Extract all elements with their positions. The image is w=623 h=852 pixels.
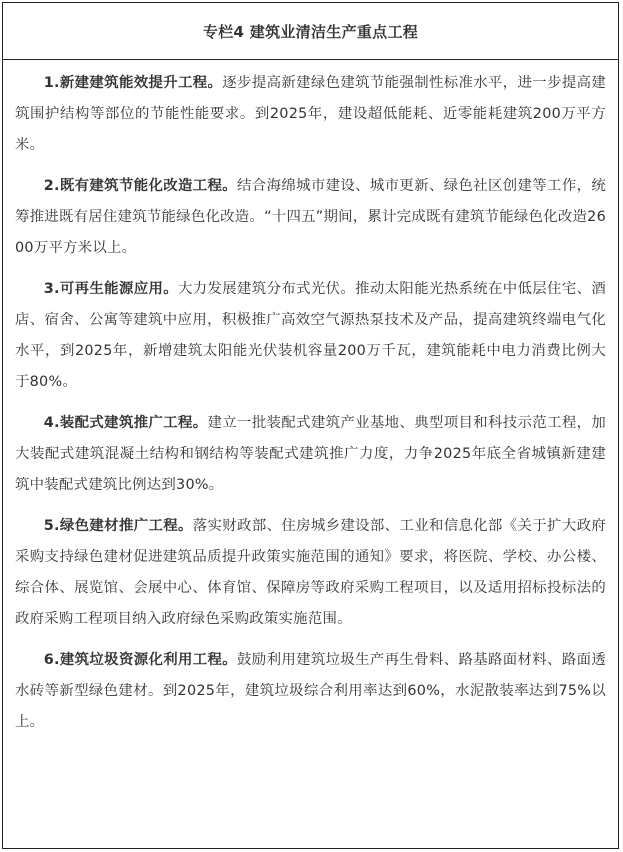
item-renewable-energy: 3.可再生能源应用。大力发展建筑分布式光伏。推动太阳能光热系统在中低层住宅、酒店… [15,274,606,398]
item-heading: 2.既有建筑节能化改造工程。 [44,178,237,194]
table-header: 专栏4 建筑业清洁生产重点工程 [3,3,618,60]
item-heading: 1.新建建筑能效提升工程。 [44,75,223,91]
item-existing-building-retrofit: 2.既有建筑节能化改造工程。结合海绵城市建设、城市更新、绿色社区创建等工作，统筹… [15,171,606,264]
item-waste-recycling: 6.建筑垃圾资源化利用工程。鼓励利用建筑垃圾生产再生骨料、路基路面材料、路面透水… [15,645,606,738]
item-heading: 4.装配式建筑推广工程。 [44,415,208,431]
table-body-cell: 1.新建建筑能效提升工程。逐步提高新建绿色建筑节能强制性标准水平，进一步提高建筑… [3,60,618,738]
item-green-materials: 5.绿色建材推广工程。落实财政部、住房城乡建设部、工业和信息化部《关于扩大政府采… [15,511,606,635]
item-heading: 6.建筑垃圾资源化利用工程。 [44,652,237,668]
project-table: 专栏4 建筑业清洁生产重点工程 1.新建建筑能效提升工程。逐步提高新建绿色建筑节… [2,2,619,849]
item-heading: 5.绿色建材推广工程。 [44,518,193,534]
table-title: 专栏4 建筑业清洁生产重点工程 [203,21,418,42]
item-heading: 3.可再生能源应用。 [44,281,178,297]
item-text: 落实财政部、住房城乡建设部、工业和信息化部《关于扩大政府采购支持绿色建材促进建筑… [15,518,606,627]
item-prefab-building: 4.装配式建筑推广工程。建立一批装配式建筑产业基地、典型项目和科技示范工程，加大… [15,408,606,501]
item-text: 大力发展建筑分布式光伏。推动太阳能光热系统在中低层住宅、酒店、宿舍、公寓等建筑中… [15,281,606,390]
item-new-building-efficiency: 1.新建建筑能效提升工程。逐步提高新建绿色建筑节能强制性标准水平，进一步提高建筑… [15,68,606,161]
